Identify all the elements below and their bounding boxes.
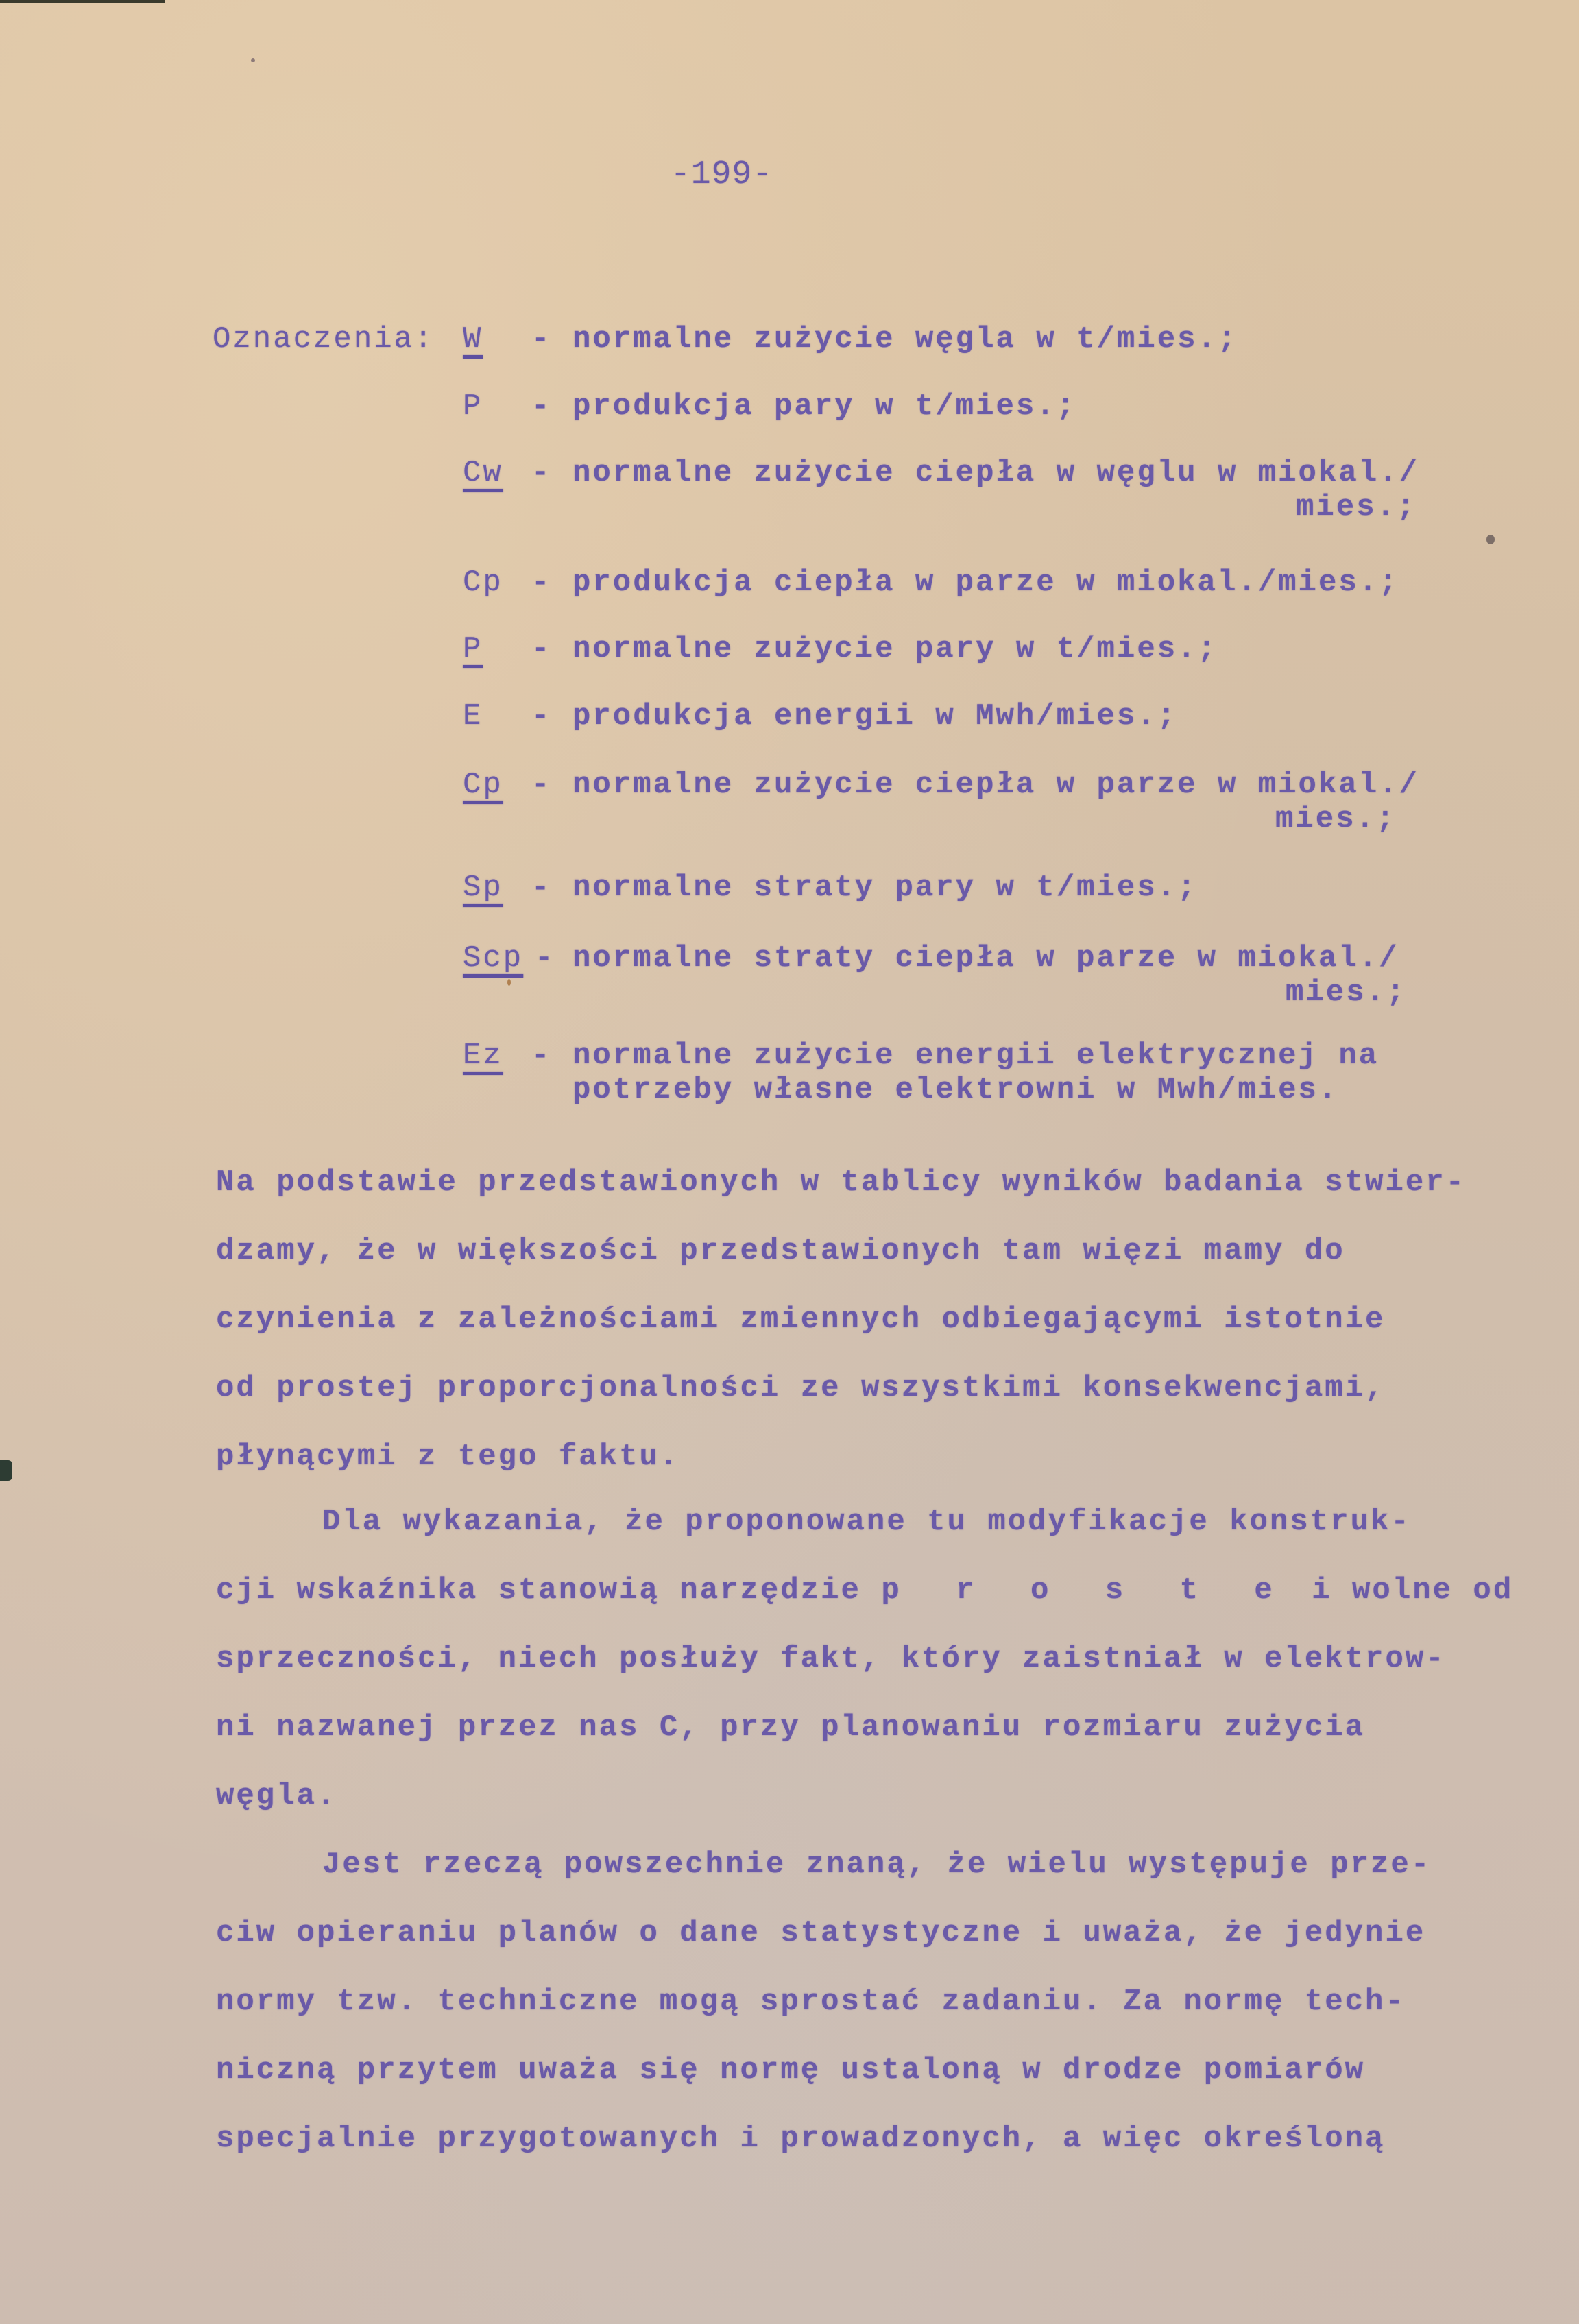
- definition-text: normalne straty ciepła w parze w miokal.…: [572, 941, 1399, 976]
- paragraph-line: ni nazwanej przez nas C, przy planowaniu…: [216, 1710, 1365, 1745]
- paragraph-line: czynienia z zależnościami zmiennych odbi…: [216, 1303, 1385, 1337]
- definitions-heading: Oznaczenia:: [213, 322, 434, 356]
- definition-text: produkcja pary w t/mies.;: [572, 389, 1076, 424]
- definition-text-continued: mies.;: [1286, 976, 1406, 1010]
- symbol: Cp: [463, 768, 503, 802]
- definition-text: normalne zużycie węgla w t/mies.;: [572, 322, 1238, 356]
- symbol: Ez: [463, 1039, 503, 1073]
- paragraph-line: węgla.: [216, 1779, 337, 1813]
- dash: -: [531, 389, 551, 424]
- symbol: P: [463, 389, 483, 424]
- paragraph-line: Dla wykazania, że proponowane tu modyfik…: [322, 1505, 1411, 1539]
- symbol: W: [463, 322, 483, 356]
- dash: -: [531, 768, 551, 802]
- definition-text-continued: mies.;: [1296, 490, 1417, 524]
- symbol: P: [463, 632, 483, 666]
- definition-text: normalne zużycie energii elektrycznej na: [572, 1039, 1379, 1073]
- paragraph-line: Na podstawie przedstawionych w tablicy w…: [216, 1165, 1466, 1200]
- definition-text: produkcja energii w Mwh/mies.;: [572, 699, 1177, 734]
- symbol: Cp: [463, 566, 503, 600]
- paragraph-line: dzamy, że w większości przedstawionych t…: [216, 1234, 1345, 1268]
- dash: -: [531, 871, 551, 905]
- scan-edge: [0, 0, 165, 3]
- definition-text: normalne zużycie ciepła w parze w miokal…: [572, 768, 1419, 802]
- paragraph-line: od prostej proporcjonalności ze wszystki…: [216, 1371, 1385, 1405]
- symbol: Sp: [463, 871, 503, 905]
- definition-text-continued: mies.;: [1275, 802, 1396, 836]
- page-number: -199-: [671, 156, 773, 193]
- paragraph-line: Jest rzeczą powszechnie znaną, że wielu …: [322, 1848, 1431, 1882]
- paragraph-line: cji wskaźnika stanowią narzędzie p r o s…: [216, 1573, 1513, 1608]
- definition-text: normalne zużycie ciepła w węglu w miokal…: [572, 456, 1419, 490]
- paragraph-line: specjalnie przygotowanych i prowadzonych…: [216, 2122, 1385, 2156]
- paper-speck: [251, 58, 255, 62]
- symbol: Cw: [463, 456, 503, 490]
- line-text: cji wskaźnika stanowią narzędzie: [216, 1573, 881, 1608]
- line-text-tail: i wolne od: [1292, 1573, 1513, 1608]
- dash: -: [531, 322, 551, 356]
- paper-speck: [1486, 535, 1495, 544]
- dash: -: [531, 456, 551, 490]
- definition-text-continued: potrzeby własne elektrowni w Mwh/mies.: [572, 1073, 1338, 1107]
- dash: -: [531, 699, 551, 734]
- symbol: E: [463, 699, 483, 734]
- paragraph-line: sprzeczności, niech posłuży fakt, który …: [216, 1642, 1446, 1676]
- dash: -: [535, 941, 555, 976]
- paragraph-line: płynącymi z tego faktu.: [216, 1440, 679, 1474]
- paragraph-line: ciw opieraniu planów o dane statystyczne…: [216, 1916, 1425, 1950]
- definition-text: produkcja ciepła w parze w miokal./mies.…: [572, 566, 1399, 600]
- dash: -: [531, 632, 551, 666]
- symbol: Scp: [463, 941, 523, 976]
- margin-mark: [0, 1460, 12, 1481]
- paragraph-line: niczną przytem uważa się normę ustaloną …: [216, 2053, 1365, 2087]
- paper-speck: [507, 979, 511, 986]
- dash: -: [531, 1039, 551, 1073]
- definition-text: normalne straty pary w t/mies.;: [572, 871, 1198, 905]
- emphasized-word: p r o s t e: [881, 1573, 1291, 1608]
- paragraph-line: normy tzw. techniczne mogą sprostać zada…: [216, 1985, 1406, 2019]
- dash: -: [531, 566, 551, 600]
- definition-text: normalne zużycie pary w t/mies.;: [572, 632, 1218, 666]
